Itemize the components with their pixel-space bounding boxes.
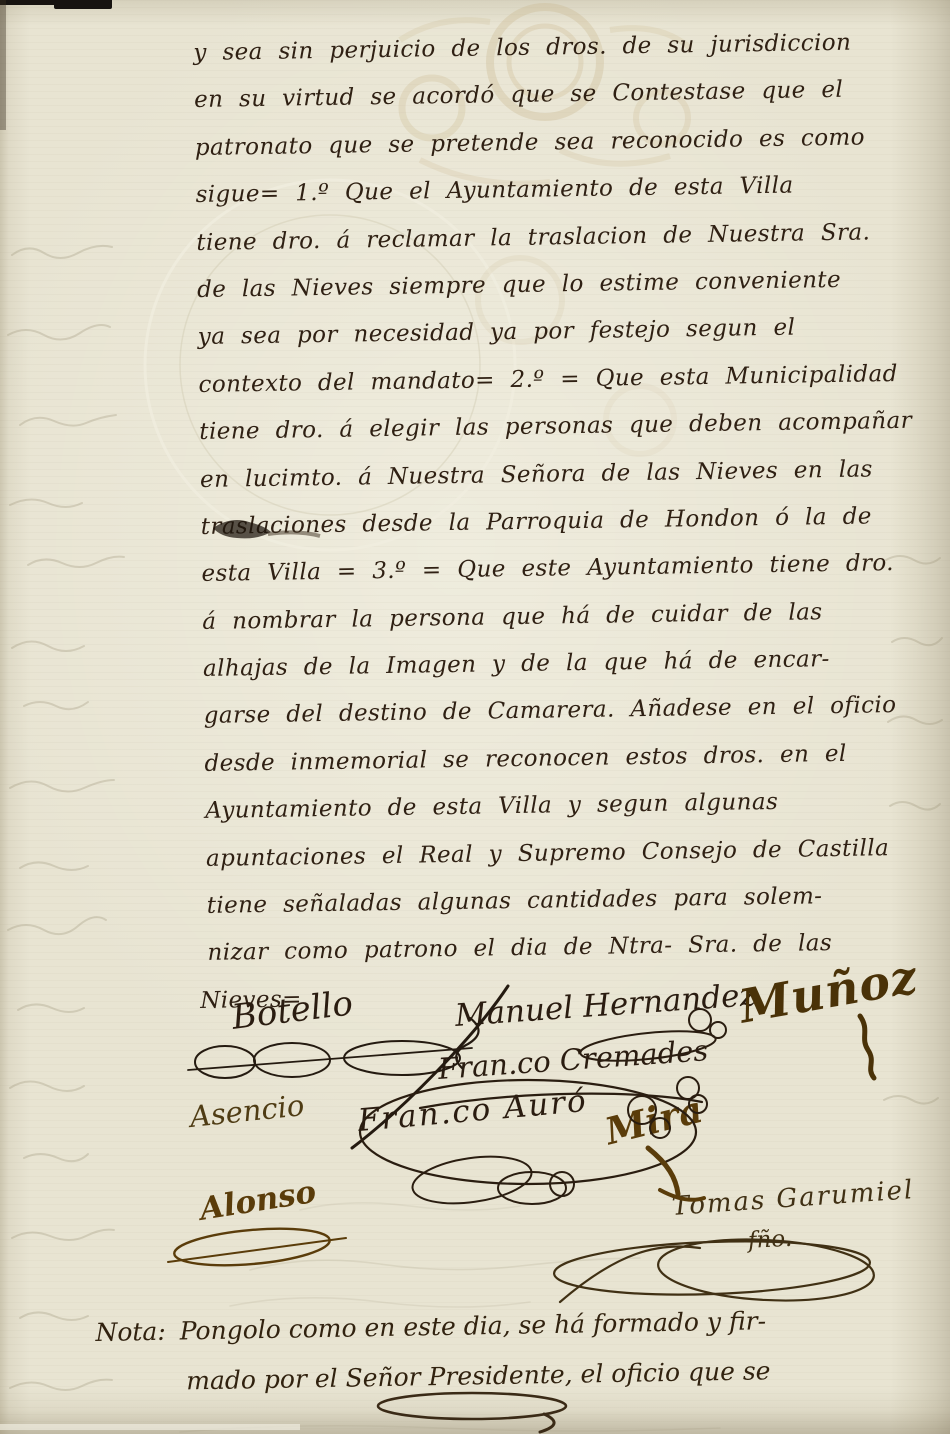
signature-alonso: Alonso xyxy=(197,1174,318,1228)
manuscript-page: y sea sin perjuicio de los dros. de su j… xyxy=(0,0,950,1434)
signature-mira: Mira xyxy=(601,1087,707,1154)
signature-garumiel: Tomas Garumiel xyxy=(671,1175,915,1222)
document-body: y sea sin perjuicio de los dros. de su j… xyxy=(193,19,921,1025)
notary-note-text-1: Pongolo como en este dia, se há formado … xyxy=(179,1306,766,1345)
signature-garumiel-title: fño. xyxy=(747,1226,792,1254)
notary-note-label: Nota: xyxy=(95,1317,166,1347)
notary-note: Nota:Pongolo como en este dia, se há for… xyxy=(95,1294,897,1408)
signature-cremades: Fran.co Cremades xyxy=(437,1033,709,1086)
signature-asencio: Asencio xyxy=(188,1088,306,1134)
signature-auro: Fran.co Auró xyxy=(356,1083,589,1139)
